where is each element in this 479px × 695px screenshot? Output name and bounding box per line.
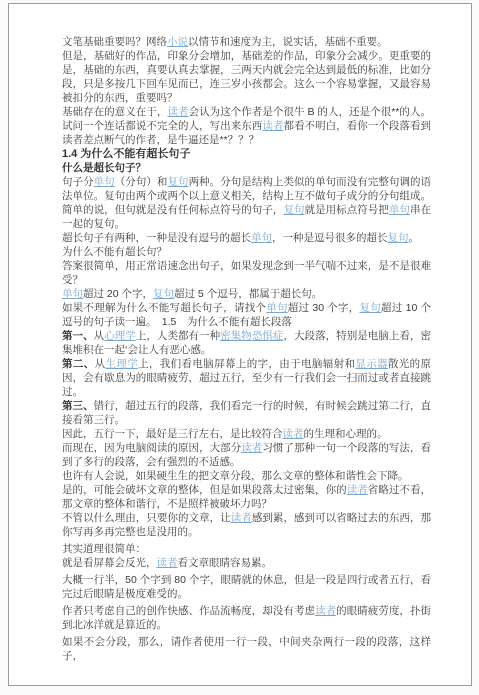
inline-link[interactable]: 单句 — [94, 176, 115, 188]
text-run: 超过 30 个字， — [288, 302, 360, 314]
inline-link[interactable]: 复句 — [153, 288, 174, 300]
paragraph: 文笔基础重要吗？网络小说以情节和速度为主，说实话，基础不重要。 — [62, 35, 431, 49]
bold-text: 第三、 — [62, 400, 94, 412]
text-run: 为什么不能有超长句？ — [62, 246, 167, 258]
text-run: ，一种是逗号很多的超长 — [272, 232, 388, 244]
paragraph: 单句超过 20 个字，复句超过 5 个逗号，都属于超长句。 — [62, 287, 431, 301]
paragraph: 但是，基础好的作品，印象分会增加，基础差的作品，印象分会减少。更重要的是，基础的… — [62, 49, 431, 105]
text-run: 如果不会分段，那么，请作者使用一行一段，中间夹杂两行一段的段落，这样子， — [62, 636, 431, 662]
paragraph: 是的，可能会破坏文章的整体，但是如果段落太过密集，你的读者省略过不看，那文章的整… — [62, 483, 431, 511]
document-page: 文笔基础重要吗？网络小说以情节和速度为主，说实话，基础不重要。但是，基础好的作品… — [8, 3, 472, 686]
inline-link[interactable]: 读者 — [167, 106, 188, 118]
inline-link[interactable]: 读者 — [262, 120, 283, 132]
text-run: 超长句子有两种，一种是没有逗号的超长 — [62, 232, 251, 244]
text-run: 如果不理解为什么不能写超长句子，请找个 — [62, 302, 266, 314]
sub-heading: 什么是超长句子？ — [62, 161, 431, 175]
text-run: 从 — [94, 330, 105, 342]
document-body: 文笔基础重要吗？网络小说以情节和速度为主，说实话，基础不重要。但是，基础好的作品… — [9, 4, 471, 663]
inline-link[interactable]: 显示器 — [355, 358, 388, 370]
text-run: 大概一行半，50 个字到 80 个字，眼睛就的休息，但是一段是四行或者五行，看完… — [62, 574, 431, 600]
text-run: 错行，超过五行的段落，我们看完一行的时候，有时候会跳过第二行，直接看第三行。 — [62, 400, 431, 426]
inline-link[interactable]: 单句 — [266, 302, 288, 314]
inline-link[interactable]: 读者 — [231, 512, 252, 524]
bold-text: 第一、 — [62, 330, 94, 342]
inline-link[interactable]: 读者 — [157, 557, 178, 569]
bold-text: 第二、 — [62, 358, 95, 370]
inline-link[interactable]: 小说 — [167, 36, 188, 48]
text-run: 从 — [95, 358, 106, 370]
text-run: 也许有人会说，如果硬生生的把文章分段，那么文章的整体和谐性会下降。 — [62, 470, 409, 482]
paragraph: 如果不会分段，那么，请作者使用一行一段，中间夹杂两行一段的段落，这样子， — [62, 635, 431, 663]
paragraph: 第三、错行，超过五行的段落，我们看完一行的时候，有时候会跳过第二行，直接看第三行… — [62, 399, 431, 427]
text-run: 但是，基础好的作品，印象分会增加，基础差的作品，印象分会减少。更重要的是，基础的… — [62, 50, 431, 104]
text-run: 看文章眼睛容易累。 — [178, 557, 273, 569]
inline-link[interactable]: 复句 — [388, 232, 409, 244]
inline-link[interactable]: 单句 — [251, 232, 272, 244]
text-run: 不管以什么理由，只要你的文章，让 — [62, 512, 231, 524]
text-run: 因此，五行一下，最好是三行左右，是比较符合 — [62, 428, 283, 440]
inline-link[interactable]: 读者 — [241, 442, 262, 454]
text-run: 超过 5 个逗号，都属于超长句。 — [174, 288, 322, 300]
text-run: 。 — [409, 232, 420, 244]
text-run: 其实道理很简单： — [62, 543, 146, 555]
text-run: 作者只考虑自己的创作快感、作品流畅度，却没有考虑 — [62, 605, 315, 617]
bold-text: 什么是超长句子？ — [62, 162, 146, 174]
paragraph: 如果不理解为什么不能写超长句子，请找个单句超过 30 个字，复句超过 10 个逗… — [62, 301, 431, 329]
inline-link[interactable]: 读者 — [283, 428, 304, 440]
paragraph: 也许有人会说，如果硬生生的把文章分段，那么文章的整体和谐性会下降。 — [62, 469, 431, 483]
paragraph: 因此，五行一下，最好是三行左右，是比较符合读者的生理和心理的。 — [62, 427, 431, 441]
text-run: 就是用标点符号把 — [305, 204, 389, 216]
paragraph: 其实道理很简单： — [62, 542, 431, 556]
paragraph: 大概一行半，50 个字到 80 个字，眼睛就的休息，但是一段是四行或者五行，看完… — [62, 573, 431, 601]
inline-link[interactable]: 密集物恐惧症 — [220, 330, 283, 342]
paragraph: 作者只考虑自己的创作快感、作品流畅度，却没有考虑读者的眼睛疲劳度，扑街到北冰洋就… — [62, 604, 431, 632]
text-run: 就是看屏幕会反光， — [62, 557, 157, 569]
bold-text: 1.4 为什么不能有超长句子 — [62, 148, 190, 160]
text-run: 而现在，因为电脑阅读的原因，大部分 — [62, 442, 241, 454]
paragraph: 第一、从心理学上，人类都有一种密集物恐惧症，大段落，特别是电脑上看，密集堆积在一… — [62, 329, 431, 357]
inline-link[interactable]: 单句 — [62, 288, 83, 300]
text-run: 上，我们看电脑屏幕上的字，由于电脑辐射和 — [138, 358, 355, 370]
inline-link[interactable]: 生理学 — [105, 358, 138, 370]
text-run: （分句）和 — [115, 176, 168, 188]
inline-link[interactable]: 心理学 — [104, 330, 136, 342]
paragraph: 而现在，因为电脑阅读的原因，大部分读者习惯了那种一句一个段落的写法，看到了多行的… — [62, 441, 431, 469]
inline-link[interactable]: 单句 — [389, 204, 410, 216]
text-run: 基础存在的意义在于， — [62, 106, 167, 118]
section-heading: 1.4 为什么不能有超长句子 — [62, 147, 431, 161]
inline-link[interactable]: 复句 — [360, 302, 382, 314]
paragraph: 答案很简单，用正常语速念出句子，如果发现念到一半气喘不过来，是不是很难受？ — [62, 259, 431, 287]
text-run: 上，人类都有一种 — [136, 330, 220, 342]
text-run: 答案很简单，用正常语速念出句子，如果发现念到一半气喘不过来，是不是很难受？ — [62, 260, 431, 286]
text-run: 以情节和速度为主，说实话，基础不重要。 — [188, 36, 388, 48]
paragraph: 不管以什么理由，只要你的文章，让读者感到累，感到可以省略过去的东西，那你写再多再… — [62, 511, 431, 539]
inline-link[interactable]: 复句 — [167, 176, 188, 188]
text-run: 文笔基础重要吗？网络 — [62, 36, 167, 48]
text-run: 是的，可能会破坏文章的整体，但是如果段落太过密集，你的 — [62, 484, 347, 496]
inline-link[interactable]: 复句 — [283, 204, 304, 216]
paragraph: 就是看屏幕会反光，读者看文章眼睛容易累。 — [62, 556, 431, 570]
paragraph: 句子分单句（分句）和复句两种。分句是结构上类似的单句而没有完整句调的语法单位。复… — [62, 175, 431, 231]
text-run: 句子分 — [62, 176, 94, 188]
paragraph: 为什么不能有超长句？ — [62, 245, 431, 259]
paragraph: 超长句子有两种，一种是没有逗号的超长单句，一种是逗号很多的超长复句。 — [62, 231, 431, 245]
inline-link[interactable]: 读者 — [347, 484, 368, 496]
paragraph: 第二、从生理学上，我们看电脑屏幕上的字，由于电脑辐射和显示器散光的原因，会有歇息… — [62, 357, 431, 399]
inline-link[interactable]: 读者 — [315, 605, 336, 617]
text-run: 超过 20 个字， — [83, 288, 153, 300]
paragraph: 基础存在的意义在于，读者会认为这个作者是个很牛 B 的人，还是个很**的人。试问… — [62, 105, 431, 147]
text-run: 的生理和心理的。 — [304, 428, 388, 440]
